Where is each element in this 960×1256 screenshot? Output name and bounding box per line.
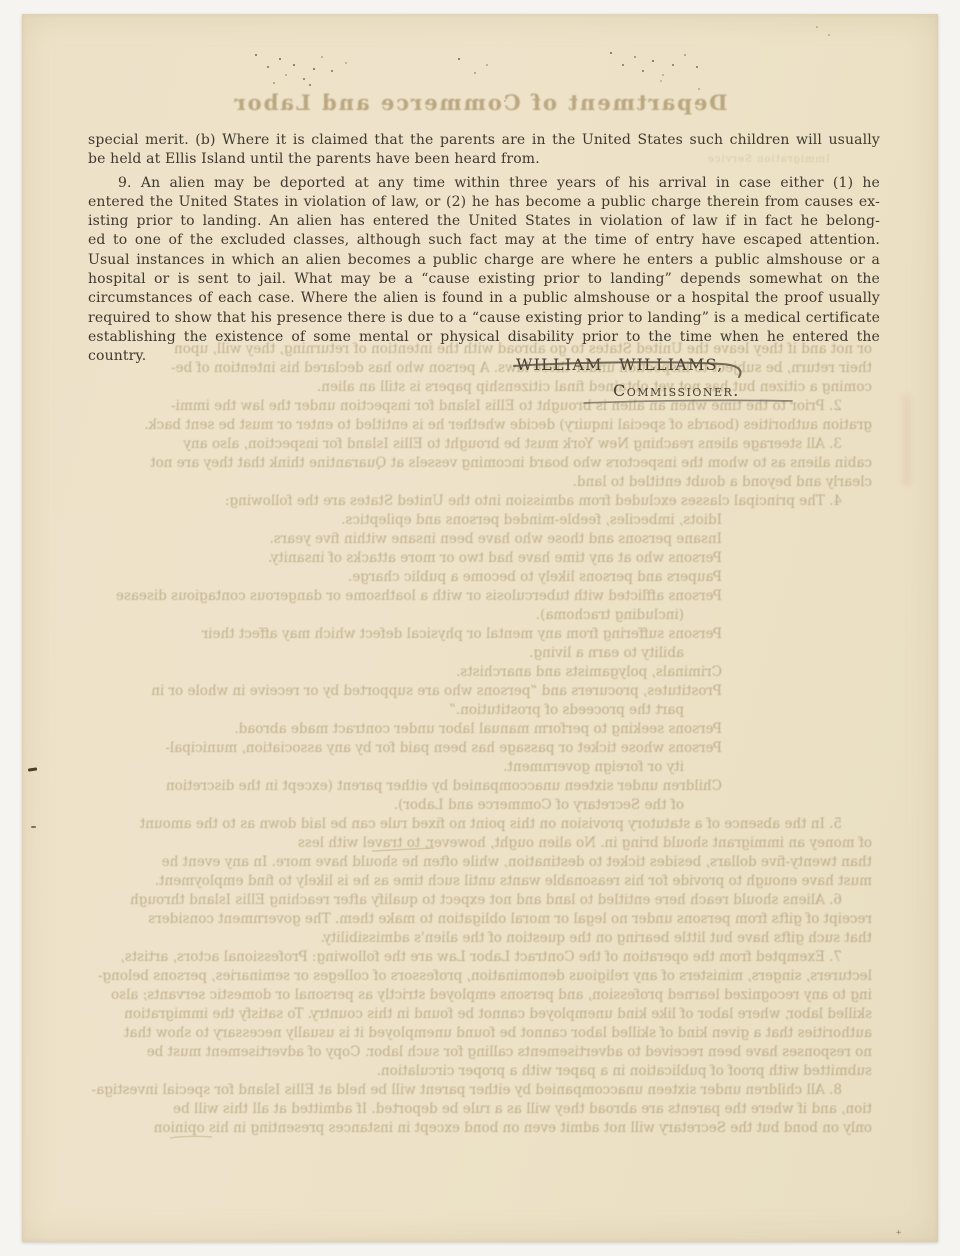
underline-commissioner — [584, 400, 792, 403]
edge-smudge — [902, 394, 911, 486]
bleed-line: 6. Aliens should reach here entitled to … — [80, 891, 872, 910]
scanned-document-screenshot: { "document": { "kind": "typed letter pa… — [0, 0, 960, 1256]
corner-mark: + — [896, 1228, 901, 1238]
bleed-line: only on bond but the Secretary will not … — [80, 1119, 872, 1138]
foxing-specks-center — [458, 58, 460, 60]
document-page: Department of Commerce and Labor Immigra… — [22, 14, 938, 1242]
foxing-specks-left — [255, 54, 257, 56]
bleed-line: Persons afflicted with tuberculosis or w… — [80, 587, 872, 606]
bleed-line: must have enough to provide for his reas… — [80, 872, 872, 891]
text-line: establishing the existence of some menta… — [88, 328, 880, 347]
bleed-line: 3. All steerage aliens reaching New York… — [80, 435, 872, 454]
bleed-line: of money an immigrant should bring in. N… — [80, 834, 872, 853]
bleed-line: receipt of gifts from persons under no l… — [80, 910, 872, 929]
bleed-line: ing to any recognized learned profession… — [80, 986, 872, 1005]
bleed-line: 8. All children under sixteen unaccompan… — [80, 1081, 872, 1100]
bleed-line: Prostitutes, procurers and “persons who … — [80, 682, 872, 701]
bleed-line: their return, be subject to inspection u… — [80, 359, 872, 378]
bleedthrough-letterhead: Department of Commerce and Labor — [22, 90, 938, 115]
text-line: ed to one of the excluded classes, altho… — [88, 231, 880, 250]
bleed-line: (including trachoma). — [80, 606, 872, 625]
paragraph-8b: special merit. (b) Where it is claimed t… — [88, 131, 880, 170]
bleed-line: Children under sixteen unaccompanied by … — [80, 777, 872, 796]
bleed-line: lecturers, singers, ministers of any rel… — [80, 967, 872, 986]
text-line: be held at Ellis Island until the parent… — [88, 150, 880, 169]
bleed-line: part the proceeds of prostitution.” — [80, 701, 872, 720]
bleed-line: ity or foreign government. — [80, 758, 872, 777]
bleed-line: Persons whose ticket or passage has been… — [80, 739, 872, 758]
bleed-line: Insane persons and those who have been i… — [80, 530, 872, 549]
text-line: hospital or is sent to jail. What may be… — [88, 270, 880, 289]
bleed-line: no responses have been received to adver… — [80, 1043, 872, 1062]
bleed-line: 7. Exempted from the operation of the Co… — [80, 948, 872, 967]
signature-name: WILLIAM WILLIAMS, — [516, 355, 724, 374]
bleed-line: 2. Prior to the time when an alien is br… — [80, 397, 872, 416]
bleed-line: coming a citizen but has not yet obtaine… — [80, 378, 872, 397]
margin-pen-mark — [28, 767, 37, 771]
bleed-pen-mark-1 — [372, 848, 434, 851]
bleed-line: Criminals, polygamists and anarchists. — [80, 663, 872, 682]
scan-background: Department of Commerce and Labor Immigra… — [0, 0, 960, 1256]
margin-pen-mark-small — [31, 826, 36, 828]
bleed-line: authorities that a given kind of skilled… — [80, 1024, 872, 1043]
bleed-line: Persons seeking to perform manual labor … — [80, 720, 872, 739]
bleed-line: skilled labor, where labor of like kind … — [80, 1005, 872, 1024]
paragraph-9: 9. An alien may be deported at any time … — [88, 174, 880, 348]
text-line: circumstances of each case. Where the al… — [88, 289, 880, 308]
bleed-line: that such gifts have but little bearing … — [80, 929, 872, 948]
text-line: entered the United States in violation o… — [88, 193, 880, 212]
bleed-line: 5. In the absence of a statutory provisi… — [80, 815, 872, 834]
bleed-line: Persons suffering from any mental or phy… — [80, 625, 872, 644]
body-text: special merit. (b) Where it is claimed t… — [88, 131, 880, 347]
bleed-pen-mark-2 — [170, 1136, 212, 1138]
bleed-line: clearly and beyond a doubt entitled to l… — [80, 473, 872, 492]
bleed-line: Idiots, imbeciles, feeble-minded persons… — [80, 511, 872, 530]
bleed-line: Persons who at any time have had two or … — [80, 549, 872, 568]
bleed-line: submitted with proof of publication in a… — [80, 1062, 872, 1081]
bleed-line: ability to earn a living. — [80, 644, 872, 663]
bleed-line: cabin aliens as to whom the inspectors w… — [80, 454, 872, 473]
text-line: Usual instances in which an alien become… — [88, 251, 880, 270]
text-line: special merit. (b) Where it is claimed t… — [88, 131, 880, 150]
text-line: required to show that his presence there… — [88, 309, 880, 328]
bleed-line: tion, and if where the parents are abroa… — [80, 1100, 872, 1119]
foxing-specks-right — [610, 52, 612, 54]
bleed-line: gration authorities (boards of special i… — [80, 416, 872, 435]
bleed-line: 4. The principal classes excluded from a… — [80, 492, 872, 511]
text-line: isting prior to landing. An alien has en… — [88, 212, 880, 231]
bleedthrough-text: or not and if they leave the United Stat… — [80, 340, 872, 1138]
bleed-line: than twenty-five dollars, besides ticket… — [80, 853, 872, 872]
bleed-line: Paupers and persons likely to become a p… — [80, 568, 872, 587]
text-line: 9. An alien may be deported at any time … — [88, 174, 880, 193]
signature-title: Commissioner. — [613, 381, 740, 400]
bleed-line: of the Secretary of Commerce and Labor). — [80, 796, 872, 815]
